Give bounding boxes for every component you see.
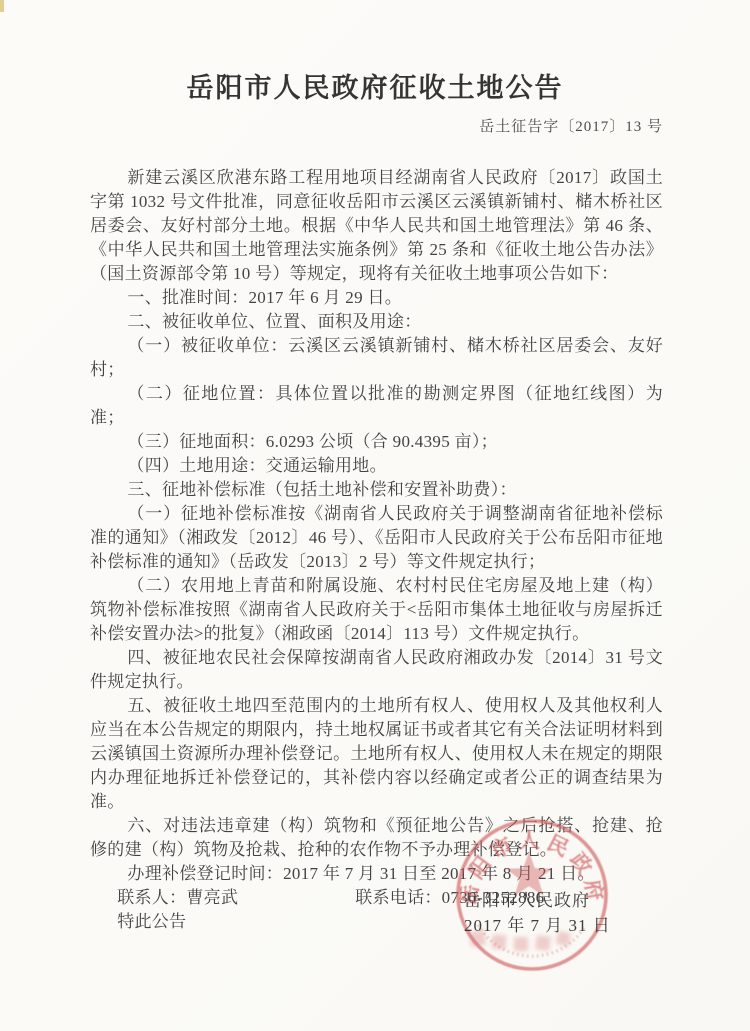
paragraph: （四）土地用途：交通运输用地。 [90, 454, 663, 478]
paragraph: （一）被征收单位：云溪区云溪镇新铺村、槠木桥社区居委会、友好村； [90, 334, 663, 382]
page-title: 岳阳市人民政府征收土地公告 [0, 0, 750, 105]
paragraph-list: 新建云溪区欣港东路工程用地项目经湖南省人民政府〔2017〕政国土字第 1032 … [90, 166, 663, 886]
signature-issuer: 岳阳市人民政府 [464, 888, 611, 913]
paragraph: 一、批准时间：2017 年 6 月 29 日。 [90, 286, 663, 310]
paragraph: （二）征地位置：具体位置以批准的勘测定界图（征地红线图）为准； [90, 382, 663, 430]
contact-person: 联系人：曹亮武 [117, 886, 355, 910]
document-number: 岳土征告字〔2017〕13 号 [90, 115, 663, 136]
paragraph: （二）农用地上青苗和附属设施、农村村民住宅房屋及地上建（构）筑物补偿标准按照《湖… [90, 574, 663, 646]
paragraph: （三）征地面积：6.0293 公顷（合 90.4395 亩）； [90, 430, 663, 454]
paragraph: 五、被征收土地四至范围内的土地所有权人、使用权人及其他权利人应当在本公告规定的期… [90, 694, 663, 814]
paragraph: 二、被征收单位、位置、面积及用途： [90, 310, 663, 334]
paragraph: （一）征地补偿标准按《湖南省人民政府关于调整湖南省征地补偿标准的通知》（湘政发〔… [90, 502, 663, 574]
signature-date: 2017 年 7 月 31 日 [464, 913, 611, 938]
paragraph: 四、被征地农民社会保障按湖南省人民政府湘政办发〔2014〕31 号文件规定执行。 [90, 646, 663, 694]
paragraph: 新建云溪区欣港东路工程用地项目经湖南省人民政府〔2017〕政国土字第 1032 … [90, 166, 663, 286]
signature-block: 岳阳市人民政府 2017 年 7 月 31 日 [464, 888, 611, 938]
paragraph: 三、征地补偿标准（包括土地补偿和安置补助费）： [90, 478, 663, 502]
document-page: 岳阳市人民政府征收土地公告 岳土征告字〔2017〕13 号 新建云溪区欣港东路工… [0, 0, 750, 1031]
scan-artifact [0, 0, 4, 12]
